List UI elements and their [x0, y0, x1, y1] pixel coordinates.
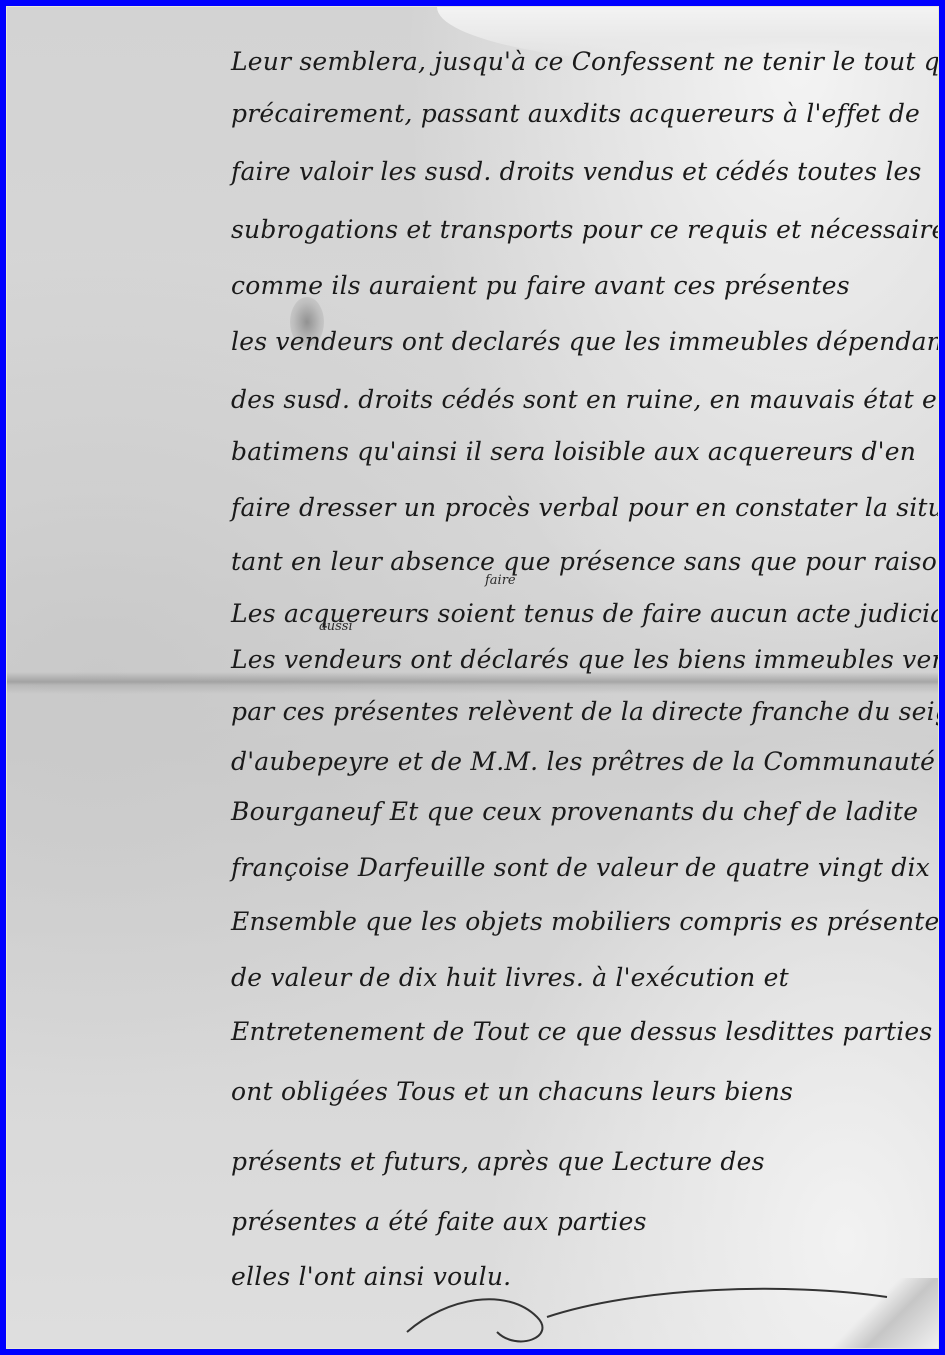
manuscript-line-20: ont obligées Tous et un chacuns leurs bi…: [231, 1077, 920, 1106]
manuscript-line-16: françoise Darfeuille sont de valeur de q…: [231, 853, 920, 882]
manuscript-line-6: les vendeurs ont declarés que les immeub…: [231, 327, 920, 356]
manuscript-line-21: présents et futurs, après que Lecture de…: [231, 1147, 920, 1176]
manuscript-line-8: batimens qu'ainsi il sera loisible aux a…: [231, 437, 920, 466]
manuscript-line-3: faire valoir les susd. droits vendus et …: [231, 157, 920, 186]
manuscript-line-10: tant en leur absence que présence sans q…: [231, 547, 920, 576]
signature-flourish-icon: [387, 1277, 907, 1347]
manuscript-line-19: Entretenement de Tout ce que dessus lesd…: [231, 1017, 920, 1046]
manuscript-page: Leur semblera, jusqu'à ce Confessent ne …: [6, 6, 939, 1349]
manuscript-line-22: présentes a été faite aux parties: [231, 1207, 920, 1236]
manuscript-line-15: Bourganeuf Et que ceux provenants du che…: [231, 797, 920, 826]
manuscript-line-17: Ensemble que les objets mobiliers compri…: [231, 907, 920, 936]
manuscript-line-1: Leur semblera, jusqu'à ce Confessent ne …: [231, 47, 920, 76]
manuscript-line-5: comme ils auraient pu faire avant ces pr…: [231, 271, 920, 300]
manuscript-line-12: Les vendeurs ont déclarés que les biens …: [231, 645, 920, 674]
manuscript-line-13: par ces présentes relèvent de la directe…: [231, 697, 920, 726]
interlinear-note-faire: faire: [485, 573, 516, 588]
manuscript-line-7: des susd. droits cédés sont en ruine, en…: [231, 385, 920, 414]
handwritten-text: Leur semblera, jusqu'à ce Confessent ne …: [7, 7, 938, 1348]
manuscript-line-2: précairement, passant auxdits acquereurs…: [231, 99, 920, 128]
manuscript-line-18: de valeur de dix huit livres. à l'exécut…: [231, 963, 920, 992]
interlinear-note-aussi: aussi: [319, 619, 353, 634]
manuscript-line-9: faire dresser un procès verbal pour en c…: [231, 493, 920, 522]
manuscript-line-14: d'aubepeyre et de M.M. les prêtres de la…: [231, 747, 920, 776]
manuscript-line-4: subrogations et transports pour ce requi…: [231, 215, 920, 244]
